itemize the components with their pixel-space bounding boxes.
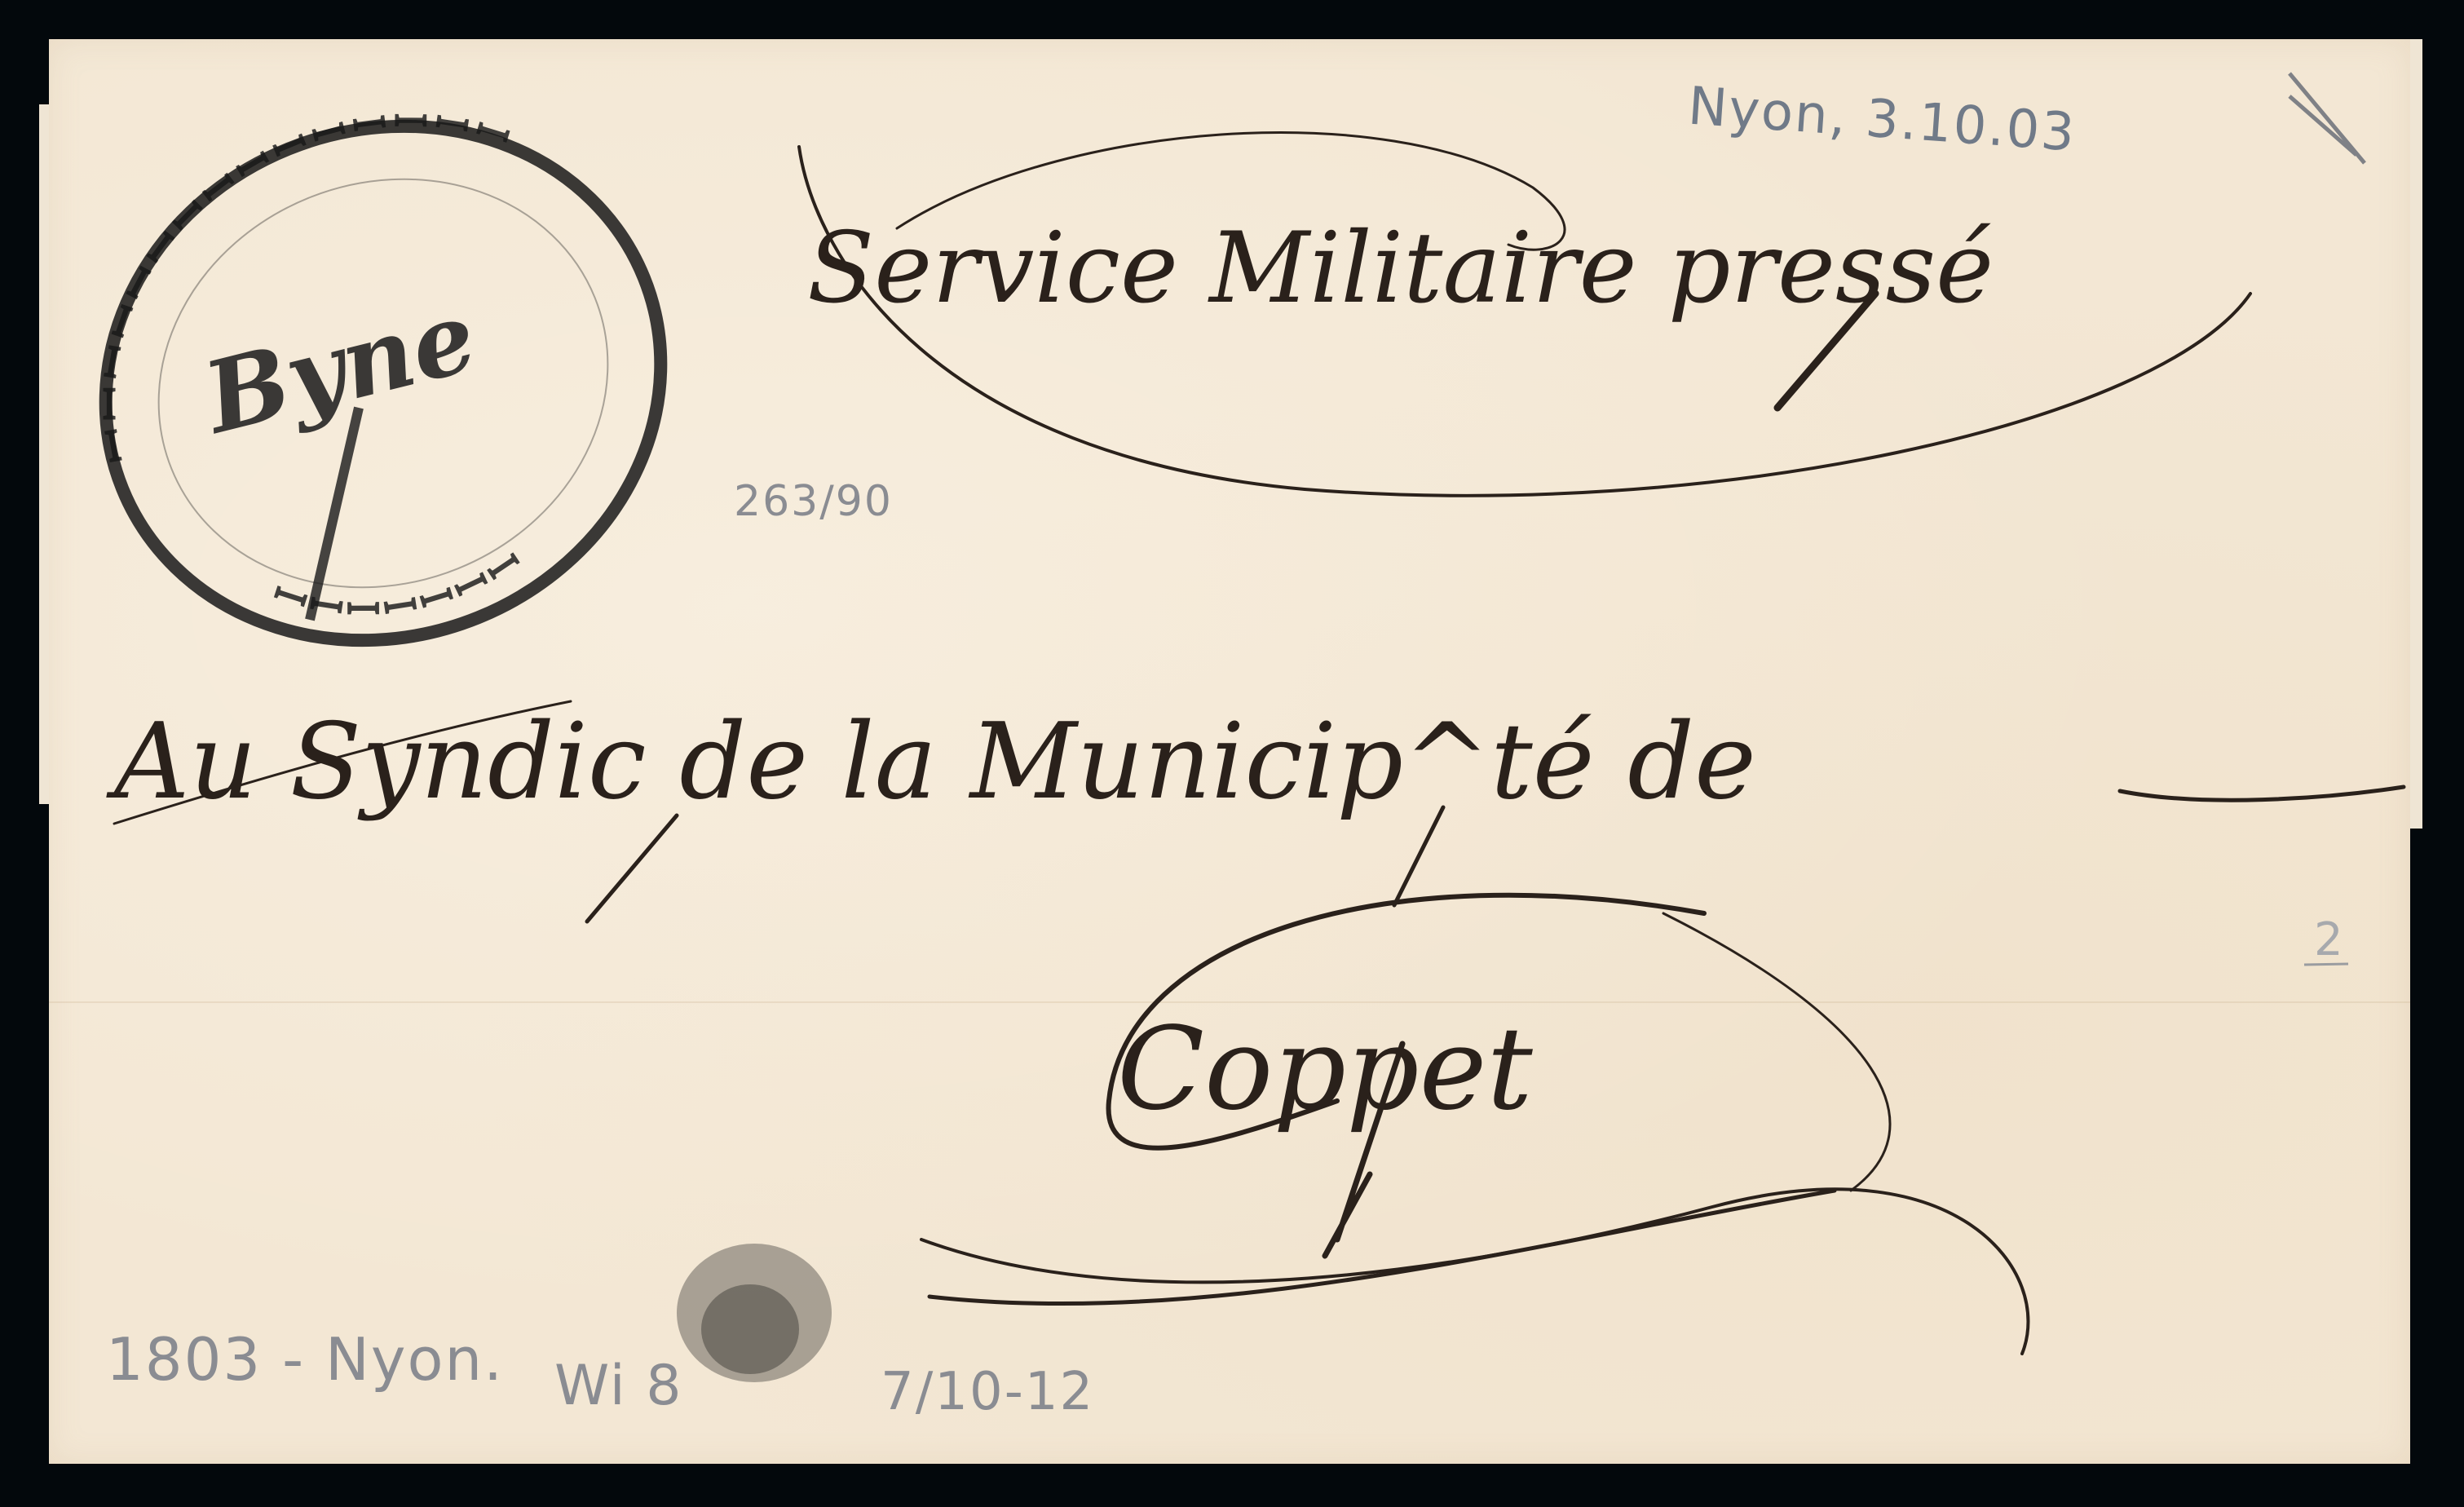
corner-pencil-mark bbox=[2290, 73, 2365, 163]
pencil-note-catalogue: Wi 8 bbox=[554, 1354, 683, 1418]
pencil-note-margin: 2 bbox=[2314, 913, 2345, 966]
pencil-note-date-range: 7/10-12 bbox=[881, 1362, 1094, 1422]
fingerprint-smudge bbox=[677, 1244, 832, 1382]
pencil-note-reference: 263/90 bbox=[734, 477, 893, 526]
svg-text:ꟷꟷꟷꟷꟷꟷꟷ: ꟷꟷꟷꟷꟷꟷꟷ bbox=[267, 535, 537, 635]
address-line: Au Syndic de la Municip^té de bbox=[114, 701, 1756, 823]
pencil-note-year-place: 1803 - Nyon. bbox=[106, 1325, 504, 1394]
destination-town: Coppet bbox=[1117, 1003, 1533, 1136]
service-militaire-endorsement: Service Militaire pressé bbox=[807, 212, 1994, 325]
